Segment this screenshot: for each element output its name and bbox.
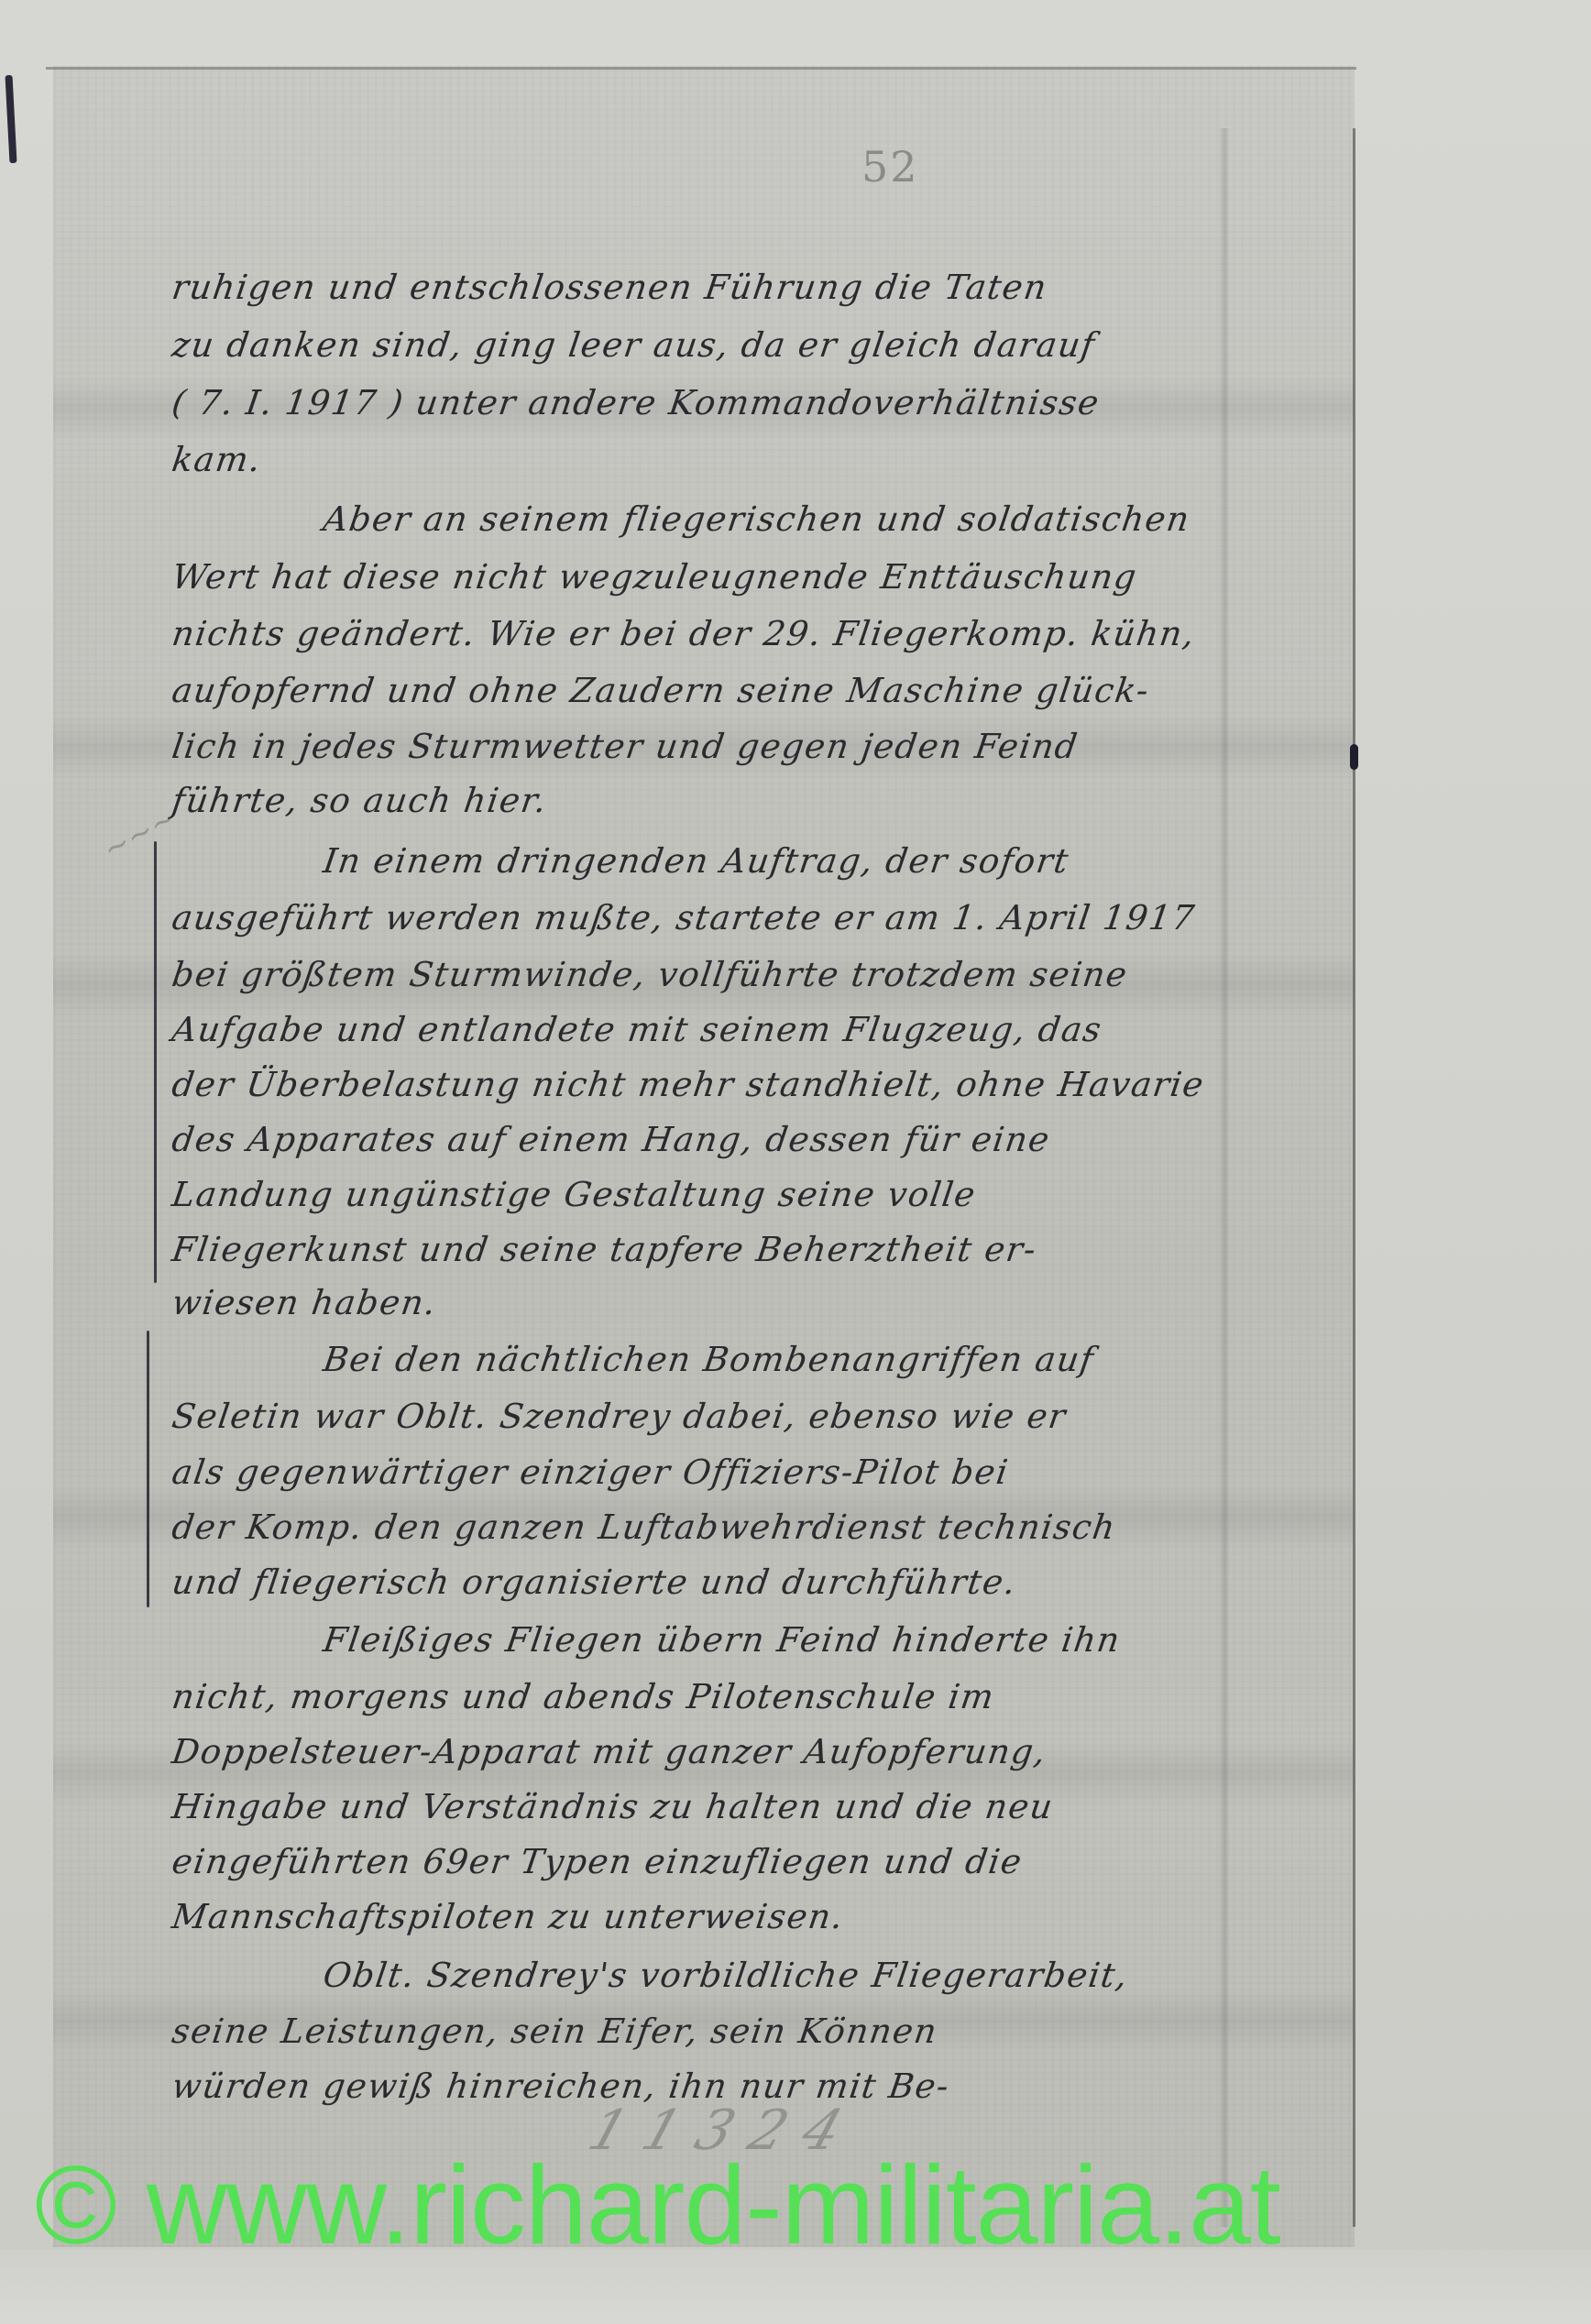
text-line: bei größtem Sturmwinde, vollführte trotz… — [170, 955, 1130, 994]
text-line: eingeführten 69er Typen einzufliegen und… — [170, 1842, 1026, 1881]
text-line: wiesen haben. — [170, 1283, 439, 1322]
text-line: Hingabe und Verständnis zu halten und di… — [170, 1787, 1056, 1826]
text-line: Bei den nächtlichen Bombenangriffen auf — [170, 1340, 1097, 1379]
page-number: 52 — [861, 142, 919, 192]
text-line: nicht, morgens und abends Pilotenschule … — [170, 1677, 997, 1716]
text-line: Aber an seinem fliegerischen und soldati… — [170, 499, 1193, 539]
text-line: In einem dringenden Auftrag, der sofort — [170, 841, 1072, 881]
text-line: Fliegerkunst und seine tapfere Beherzthe… — [170, 1230, 1039, 1269]
text-line: des Apparates auf einem Hang, dessen für… — [170, 1120, 1053, 1159]
text-line: führte, so auch hier. — [170, 781, 550, 820]
text-line: Aufgabe und entlandete mit seinem Flugze… — [170, 1010, 1104, 1049]
text-line: aufopfernd und ohne Zaudern seine Maschi… — [170, 671, 1152, 710]
margin-bracket-line — [154, 841, 157, 1283]
text-line: Seletin war Oblt. Szendrey dabei, ebenso… — [170, 1397, 1069, 1436]
text-line: der Komp. den ganzen Luftabwehrdienst te… — [170, 1507, 1119, 1547]
text-line: ausgeführt werden mußte, startete er am … — [170, 898, 1198, 937]
text-line: Fleißiges Fliegen übern Feind hinderte i… — [170, 1620, 1124, 1660]
text-line: kam. — [170, 440, 264, 479]
right-border-line — [1353, 128, 1355, 2227]
text-line: als gegenwärtiger einziger Offiziers-Pil… — [170, 1452, 1012, 1492]
text-line: der Überbelastung nicht mehr standhielt,… — [170, 1065, 1207, 1104]
text-line: Landung ungünstige Gestaltung seine voll… — [170, 1175, 979, 1214]
text-line: seine Leistungen, sein Eifer, sein Könne… — [170, 2012, 940, 2051]
text-line: nichts geändert. Wie er bei der 29. Flie… — [170, 614, 1198, 653]
fold-line — [1219, 128, 1230, 2227]
text-line: ruhigen und entschlossenen Führung die T… — [170, 268, 1050, 307]
text-line: und fliegerisch organisierte und durchfü… — [170, 1562, 1019, 1602]
margin-bracket-line — [147, 1331, 149, 1607]
text-line: ( 7. I. 1917 ) unter andere Kommandoverh… — [170, 383, 1103, 422]
text-line: lich in jedes Sturmwetter und gegen jede… — [170, 727, 1081, 766]
text-line: Doppelsteuer-Apparat mit ganzer Aufopfer… — [170, 1732, 1049, 1771]
text-line: Mannschaftspiloten zu unterweisen. — [170, 1897, 847, 1936]
text-line: Wert hat diese nicht wegzuleugnende Entt… — [170, 557, 1140, 597]
ink-spot — [1350, 744, 1358, 770]
text-line: Oblt. Szendrey's vorbildliche Fliegerarb… — [170, 1956, 1131, 1995]
text-line: zu danken sind, ging leer aus, da er gle… — [170, 325, 1098, 365]
copyright-watermark: © www.richard-militaria.at — [35, 2149, 1280, 2261]
top-rule-line — [46, 67, 1356, 70]
